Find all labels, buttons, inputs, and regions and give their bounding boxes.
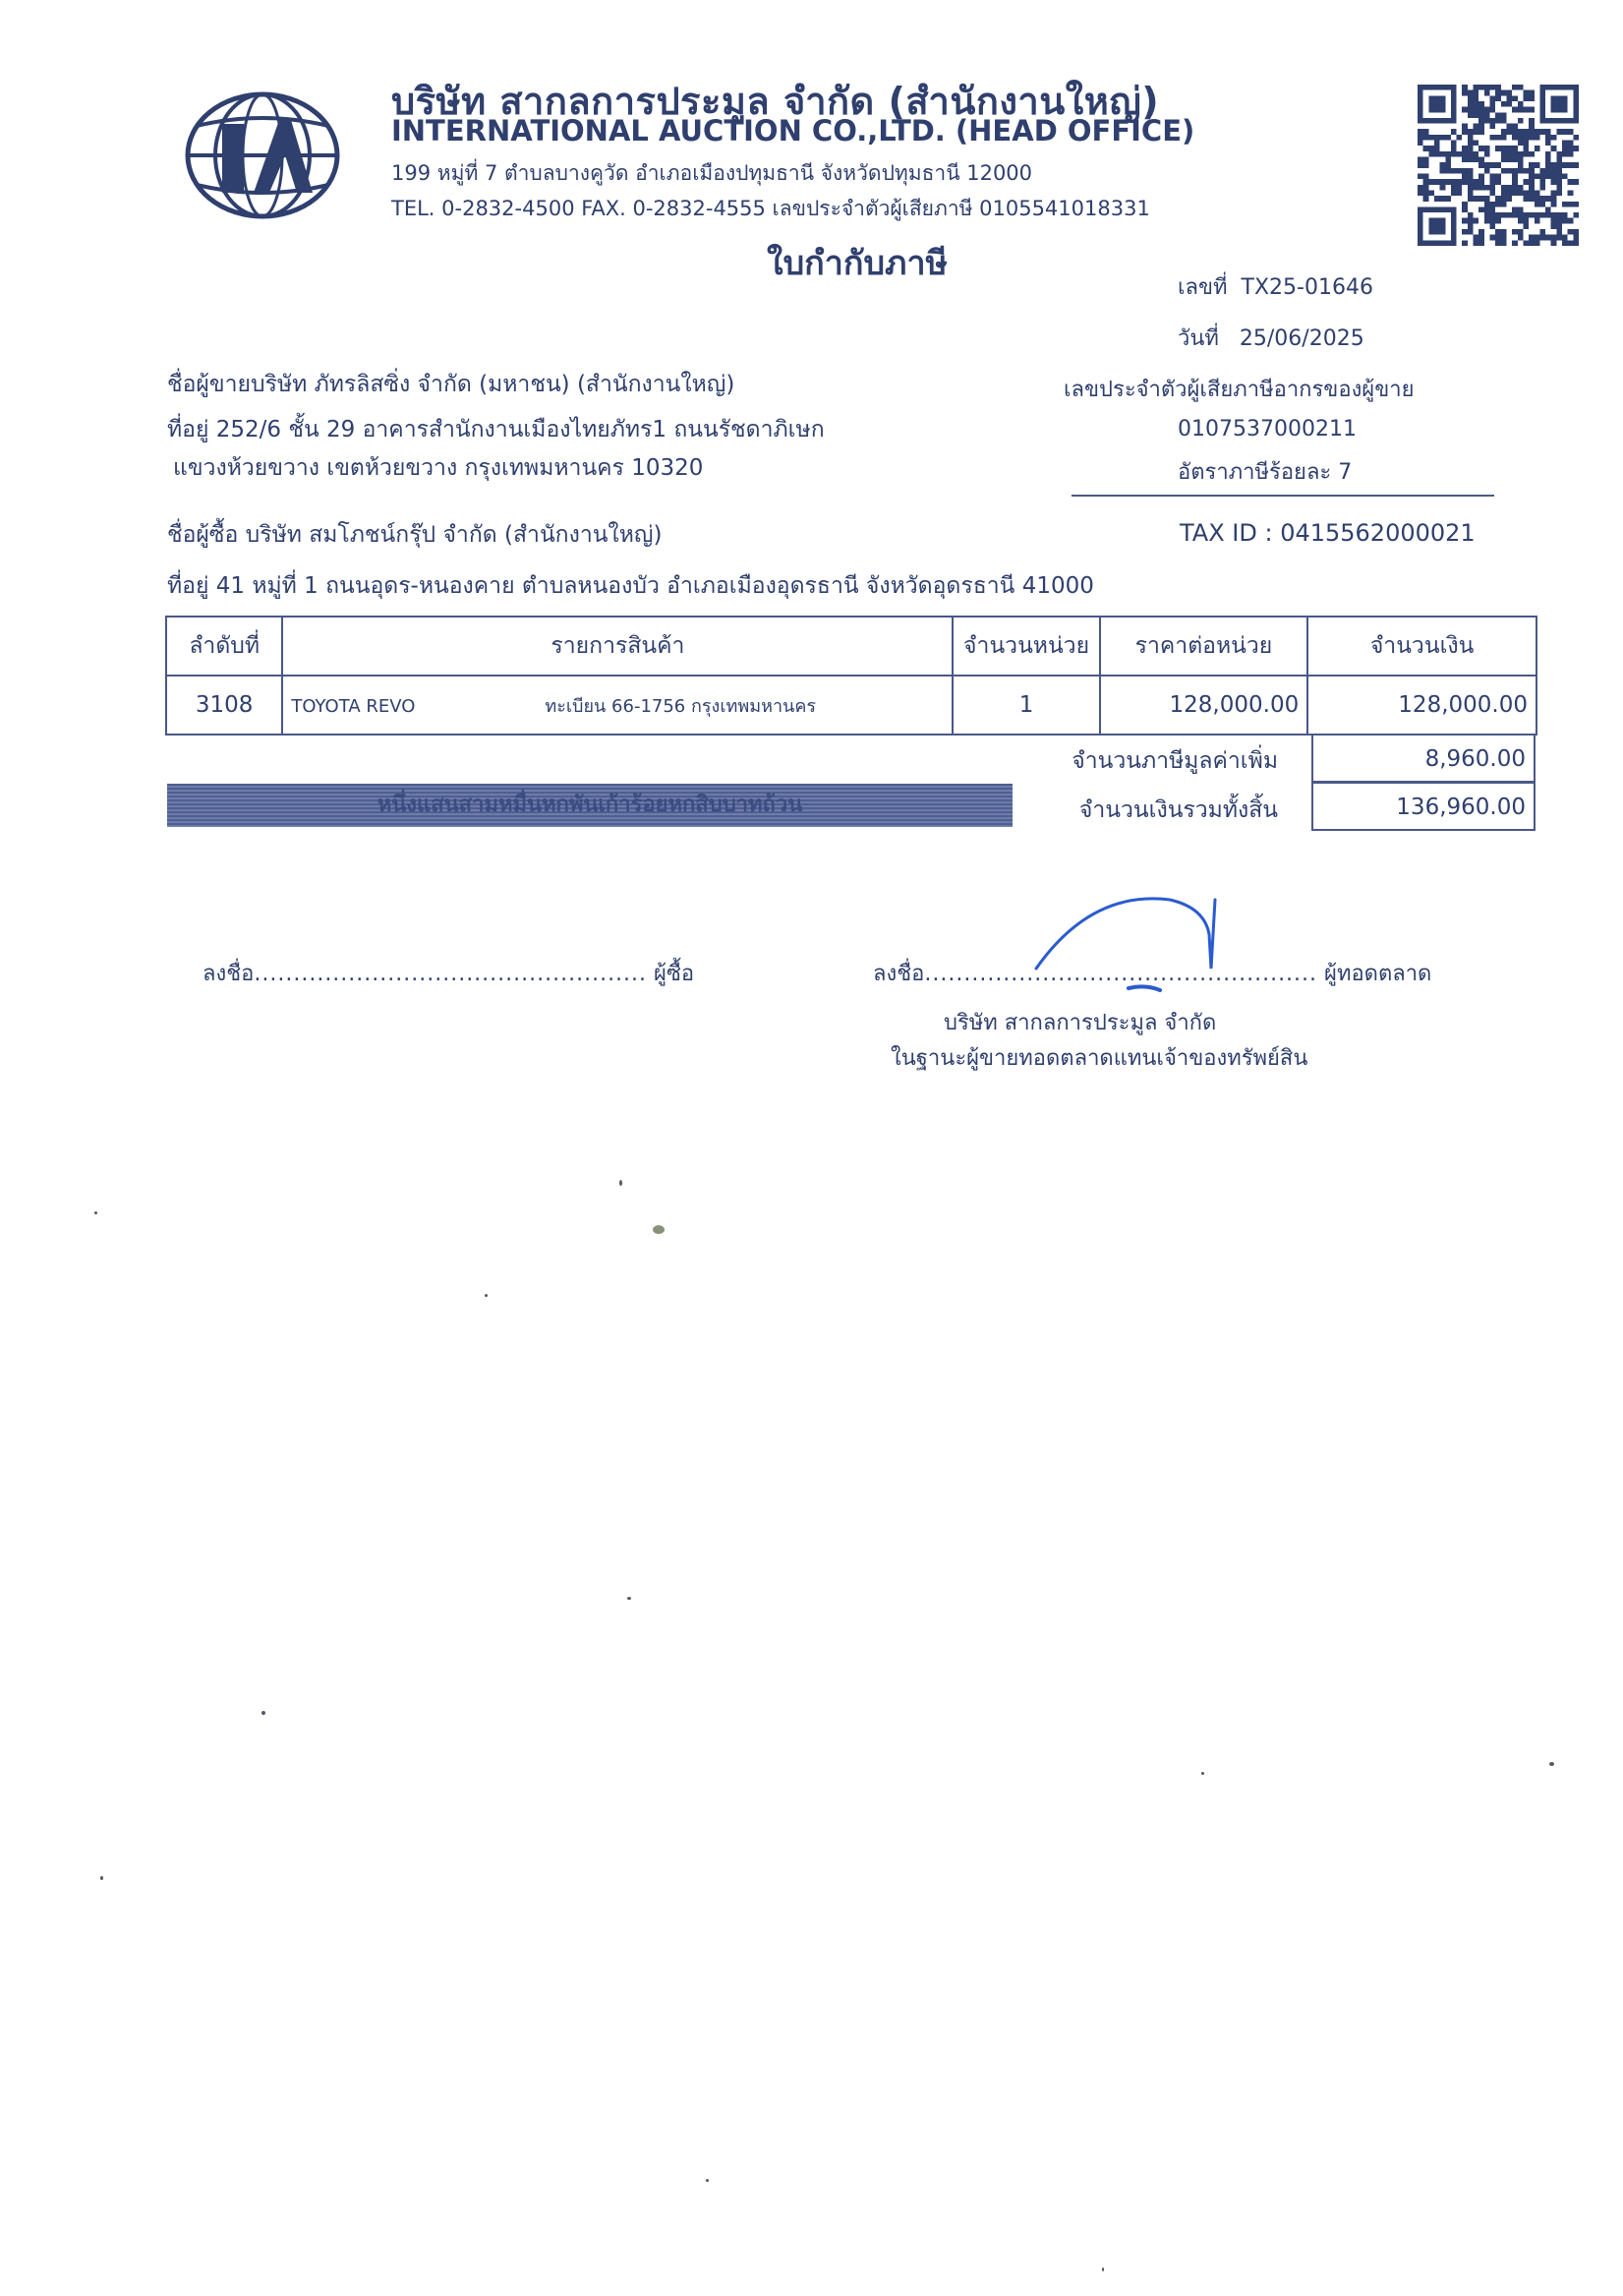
invoice-date-value: 25/06/2025 (1240, 326, 1364, 351)
auctioneer-signature-line: ลงชื่อ..................................… (873, 956, 1431, 990)
invoice-date-label: วันที่ (1178, 326, 1219, 351)
invoice-number: เลขที่ TX25-01646 (1178, 269, 1373, 304)
row-qty: 1 (953, 676, 1099, 735)
globe-ia-logo-icon (185, 90, 340, 220)
col-header-amount: จำนวนเงิน (1307, 617, 1536, 676)
seller-taxid-value: 0107537000211 (1178, 417, 1357, 442)
scan-speck (1201, 1772, 1204, 1775)
row-unit-price: 128,000.00 (1100, 676, 1308, 735)
row-registration: ทะเบียน 66-1756 กรุงเทพมหานคร (545, 696, 816, 717)
company-address: 199 หมู่ที่ 7 ตำบลบางคูวัด อำเภอเมืองปทุ… (391, 157, 1032, 190)
auctioneer-role: ผู้ทอดตลาด (1324, 962, 1431, 986)
seller-address-line2: แขวงห้วยขวาง เขตห้วยขวาง กรุงเทพมหานคร 1… (173, 450, 703, 486)
items-table: ลำดับที่ รายการสินค้า จำนวนหน่วย ราคาต่อ… (165, 616, 1537, 736)
document-title: ใบกำกับภาษี (767, 236, 948, 289)
seller-name: ชื่อผู้ขายบริษัท ภัทรลิสซิ่ง จำกัด (มหาช… (167, 367, 734, 402)
scan-speck (619, 1180, 622, 1186)
table-header-row: ลำดับที่ รายการสินค้า จำนวนหน่วย ราคาต่อ… (166, 617, 1536, 676)
invoice-date: วันที่ 25/06/2025 (1178, 321, 1364, 355)
divider (1072, 495, 1494, 497)
scan-speck (1102, 2267, 1104, 2271)
buyer-signature-line: ลงชื่อ..................................… (203, 956, 694, 990)
buyer-sign-dots: ........................................… (254, 962, 647, 986)
vat-label: จำนวนภาษีมูลค่าเพิ่ม (983, 743, 1278, 779)
scan-speck (94, 1211, 97, 1214)
scan-speck (100, 1876, 103, 1880)
invoice-number-value: TX25-01646 (1242, 275, 1373, 300)
scan-speck (485, 1294, 488, 1297)
row-description: TOYOTA REVOทะเบียน 66-1756 กรุงเทพมหานคร (282, 676, 953, 735)
buyer-role: ผู้ซื้อ (654, 962, 694, 986)
row-model: TOYOTA REVO (291, 696, 545, 717)
signatory-company: บริษัท สากลการประมูล จำกัด (944, 1005, 1216, 1039)
col-header-qty: จำนวนหน่วย (953, 617, 1099, 676)
scan-speck (261, 1711, 265, 1715)
buyer-name: ชื่อผู้ซื้อ บริษัท สมโภชน์กรุ๊ป จำกัด (ส… (167, 517, 662, 553)
amount-in-words-banner: หนึ่งแสนสามหมื่นหกพันเก้าร้อยหกสิบบาทถ้ว… (167, 784, 1013, 827)
buyer-sign-label: ลงชื่อ (203, 962, 254, 986)
vat-amount: 8,960.00 (1311, 734, 1536, 783)
signature-scribble-icon (1022, 890, 1258, 1018)
vat-rate: อัตราภาษีร้อยละ 7 (1178, 454, 1352, 489)
buyer-address: ที่อยู่ 41 หมู่ที่ 1 ถนนอุดร-หนองคาย ตำบ… (167, 568, 1094, 604)
col-header-description: รายการสินค้า (282, 617, 953, 676)
row-amount: 128,000.00 (1307, 676, 1536, 735)
seller-address-line1: ที่อยู่ 252/6 ชั้น 29 อาคารสำนักงานเมือง… (167, 412, 825, 447)
signatory-capacity: ในฐานะผู้ขายทอดตลาดแทนเจ้าของทรัพย์สิน (891, 1040, 1307, 1075)
col-header-unit-price: ราคาต่อหน่วย (1100, 617, 1308, 676)
auctioneer-sign-dots: ........................................… (924, 962, 1317, 986)
scan-speck (653, 1225, 665, 1234)
scan-speck (706, 2179, 709, 2182)
buyer-tax-id: TAX ID : 0415562000021 (1180, 519, 1476, 547)
grand-total-amount: 136,960.00 (1311, 782, 1536, 831)
qr-code-icon (1416, 85, 1581, 246)
grand-total-label: จำนวนเงินรวมทั้งสิ้น (983, 793, 1278, 828)
row-no: 3108 (166, 676, 282, 735)
table-row: 3108 TOYOTA REVOทะเบียน 66-1756 กรุงเทพม… (166, 676, 1536, 735)
scan-speck (1549, 1762, 1554, 1766)
company-name-english: INTERNATIONAL AUCTION CO.,LTD. (HEAD OFF… (391, 114, 1194, 147)
col-header-no: ลำดับที่ (166, 617, 282, 676)
scan-speck (627, 1597, 631, 1600)
company-contact: TEL. 0-2832-4500 FAX. 0-2832-4555 เลขประ… (391, 193, 1150, 225)
auctioneer-sign-label: ลงชื่อ (873, 962, 924, 986)
invoice-number-label: เลขที่ (1178, 275, 1228, 300)
seller-taxid-label: เลขประจำตัวผู้เสียภาษีอากรของผู้ขาย (1064, 372, 1414, 406)
